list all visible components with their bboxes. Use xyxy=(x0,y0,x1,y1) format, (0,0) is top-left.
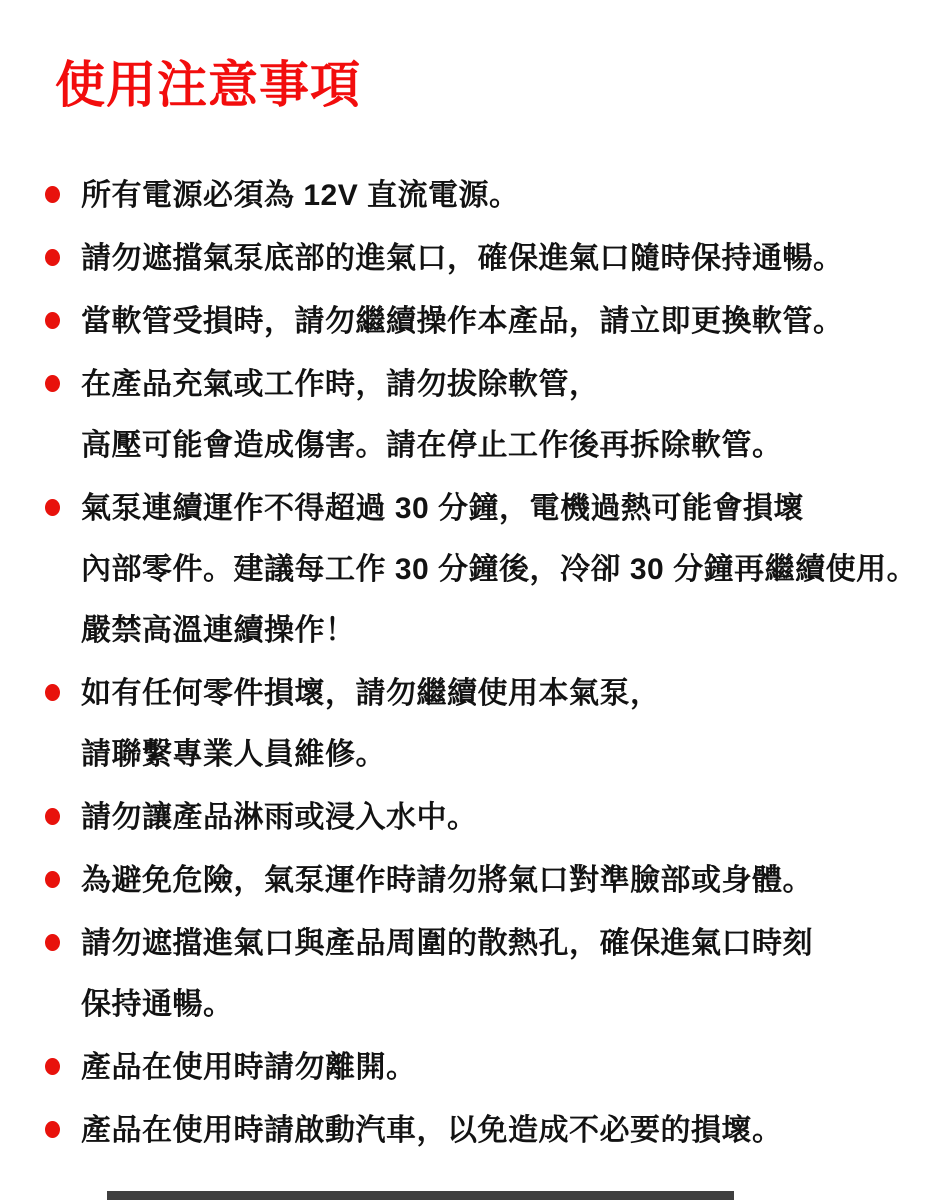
notice-item: 產品在使用時請勿離開。 xyxy=(45,1037,927,1098)
usage-notice-page: 使用注意事項 所有電源必須為 12V 直流電源。請勿遮擋氣泵底部的進氣口，確保進… xyxy=(0,0,947,1200)
notice-text: 請勿遮擋氣泵底部的進氣口，確保進氣口隨時保持通暢。 xyxy=(81,228,844,289)
red-bullet-icon xyxy=(45,312,60,329)
notice-line: 請勿遮擋進氣口與產品周圍的散熱孔，確保進氣口時刻 xyxy=(81,913,813,974)
red-bullet-icon xyxy=(45,249,60,266)
notice-text: 產品在使用時請勿離開。 xyxy=(81,1037,417,1098)
notice-text: 在產品充氣或工作時，請勿拔除軟管，高壓可能會造成傷害。請在停止工作後再拆除軟管。 xyxy=(81,354,783,476)
notice-text: 如有任何零件損壞，請勿繼續使用本氣泵，請聯繫專業人員維修。 xyxy=(81,663,661,785)
notice-text: 所有電源必須為 12V 直流電源。 xyxy=(81,165,520,226)
red-bullet-icon xyxy=(45,375,60,392)
notice-line: 所有電源必須為 12V 直流電源。 xyxy=(81,165,520,226)
notice-line: 保持通暢。 xyxy=(81,974,813,1035)
notice-line: 當軟管受損時，請勿繼續操作本產品，請立即更換軟管。 xyxy=(81,291,844,352)
notice-text: 請勿讓產品淋雨或浸入水中。 xyxy=(81,787,478,848)
notice-item: 為避免危險，氣泵運作時請勿將氣口對準臉部或身體。 xyxy=(45,850,927,911)
red-bullet-icon xyxy=(45,934,60,951)
red-bullet-icon xyxy=(45,1121,60,1138)
notice-line: 內部零件。建議每工作 30 分鐘後，冷卻 30 分鐘再繼續使用。 xyxy=(81,539,917,600)
notice-text: 產品在使用時請啟動汽車，以免造成不必要的損壞。 xyxy=(81,1100,783,1161)
notice-item: 請勿讓產品淋雨或浸入水中。 xyxy=(45,787,927,848)
notice-item: 氣泵連續運作不得超過 30 分鐘，電機過熱可能會損壞內部零件。建議每工作 30 … xyxy=(45,478,927,661)
notice-text: 氣泵連續運作不得超過 30 分鐘，電機過熱可能會損壞內部零件。建議每工作 30 … xyxy=(81,478,917,661)
cutoff-next-section-bar xyxy=(107,1191,734,1200)
notice-line: 氣泵連續運作不得超過 30 分鐘，電機過熱可能會損壞 xyxy=(81,478,917,539)
notice-item: 所有電源必須為 12V 直流電源。 xyxy=(45,165,927,226)
notice-text: 當軟管受損時，請勿繼續操作本產品，請立即更換軟管。 xyxy=(81,291,844,352)
notice-list: 所有電源必須為 12V 直流電源。請勿遮擋氣泵底部的進氣口，確保進氣口隨時保持通… xyxy=(0,165,947,1161)
notice-item: 當軟管受損時，請勿繼續操作本產品，請立即更換軟管。 xyxy=(45,291,927,352)
notice-line: 高壓可能會造成傷害。請在停止工作後再拆除軟管。 xyxy=(81,415,783,476)
notice-item: 在產品充氣或工作時，請勿拔除軟管，高壓可能會造成傷害。請在停止工作後再拆除軟管。 xyxy=(45,354,927,476)
notice-line: 請勿遮擋氣泵底部的進氣口，確保進氣口隨時保持通暢。 xyxy=(81,228,844,289)
notice-line: 請聯繫專業人員維修。 xyxy=(81,724,661,785)
red-bullet-icon xyxy=(45,871,60,888)
red-bullet-icon xyxy=(45,1058,60,1075)
notice-text: 請勿遮擋進氣口與產品周圍的散熱孔，確保進氣口時刻保持通暢。 xyxy=(81,913,813,1035)
notice-text: 為避免危險，氣泵運作時請勿將氣口對準臉部或身體。 xyxy=(81,850,813,911)
notice-line: 產品在使用時請勿離開。 xyxy=(81,1037,417,1098)
notice-item: 產品在使用時請啟動汽車，以免造成不必要的損壞。 xyxy=(45,1100,927,1161)
red-bullet-icon xyxy=(45,808,60,825)
red-bullet-icon xyxy=(45,499,60,516)
notice-item: 如有任何零件損壞，請勿繼續使用本氣泵，請聯繫專業人員維修。 xyxy=(45,663,927,785)
notice-line: 在產品充氣或工作時，請勿拔除軟管， xyxy=(81,354,783,415)
notice-item: 請勿遮擋氣泵底部的進氣口，確保進氣口隨時保持通暢。 xyxy=(45,228,927,289)
page-title: 使用注意事項 xyxy=(0,0,947,113)
notice-line: 請勿讓產品淋雨或浸入水中。 xyxy=(81,787,478,848)
notice-line: 如有任何零件損壞，請勿繼續使用本氣泵， xyxy=(81,663,661,724)
notice-line: 嚴禁高溫連續操作！ xyxy=(81,600,917,661)
notice-line: 為避免危險，氣泵運作時請勿將氣口對準臉部或身體。 xyxy=(81,850,813,911)
notice-line: 產品在使用時請啟動汽車，以免造成不必要的損壞。 xyxy=(81,1100,783,1161)
red-bullet-icon xyxy=(45,684,60,701)
notice-item: 請勿遮擋進氣口與產品周圍的散熱孔，確保進氣口時刻保持通暢。 xyxy=(45,913,927,1035)
red-bullet-icon xyxy=(45,186,60,203)
